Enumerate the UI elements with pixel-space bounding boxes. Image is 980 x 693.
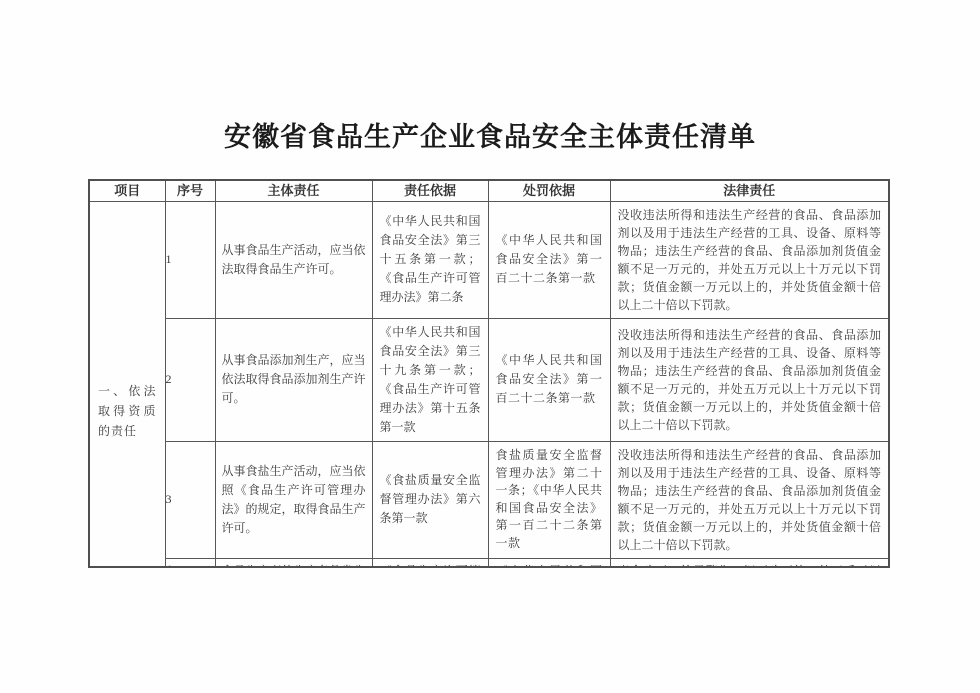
duty-basis-cell: 《中华人民共和国食品安全法》第三十九条第一款；《食品生产许可管理办法》第十五条第… (372, 318, 488, 441)
duty-cell: 食品生产者的生产条件发生变化，不再符合食品生产要 (215, 558, 372, 568)
column-header-duty-basis: 责任依据 (372, 180, 488, 201)
table-row: 2 从事食品添加剂生产，应当依法取得食品添加剂生产许可。 《中华人民共和国食品安… (89, 318, 889, 441)
responsibility-table-container: 项目 序号 主体责任 责任依据 处罚依据 法律责任 一、依法取得资质的责任 1 … (88, 179, 890, 568)
column-header-seq: 序号 (165, 180, 215, 201)
category-cell: 一、依法取得资质的责任 (89, 201, 165, 568)
seq-cell: 3 (165, 441, 215, 558)
document-title: 安徽省食品生产企业食品安全主体责任清单 (0, 115, 980, 154)
duty-basis-cell: 《食品生产许可管理办法》第三十二 (372, 558, 488, 568)
responsibility-table: 项目 序号 主体责任 责任依据 处罚依据 法律责任 一、依法取得资质的责任 1 … (88, 179, 890, 568)
table-row: 一、依法取得资质的责任 1 从事食品生产活动，应当依法取得食品生产许可。 《中华… (89, 201, 889, 318)
penalty-basis-cell: 《中华人民共和国食品安全法》第一百二十二条第一款 (488, 318, 610, 441)
legal-liability-cell: 没收违法所得和违法生产经营的食品、食品添加剂以及用于违法生产经营的工具、设备、原… (610, 441, 889, 558)
duty-cell: 从事食盐生产活动，应当依照《食品生产许可管理办法》的规定，取得食品生产许可。 (215, 441, 372, 558)
table-row: 3 从事食盐生产活动，应当依照《食品生产许可管理办法》的规定，取得食品生产许可。… (89, 441, 889, 558)
column-header-item: 项目 (89, 180, 165, 201)
penalty-basis-cell: 食盐质量安全监督管理办法》第二十一条；《中华人民共和国食品安全法》第一百二十二条… (488, 441, 610, 558)
legal-liability-cell: 没收违法所得和违法生产经营的食品、食品添加剂以及用于违法生产经营的工具、设备、原… (610, 318, 889, 441)
duty-cell: 从事食品添加剂生产，应当依法取得食品添加剂生产许可。 (215, 318, 372, 441)
penalty-basis-cell: 《中华人民共和国食品安全法》第一 (488, 558, 610, 568)
legal-liability-cell: 没收违法所得和违法生产经营的食品、食品添加剂以及用于违法生产经营的工具、设备、原… (610, 201, 889, 318)
penalty-basis-cell: 《中华人民共和国食品安全法》第一百二十二条第一款 (488, 201, 610, 318)
duty-cell: 从事食品生产活动，应当依法取得食品生产许可。 (215, 201, 372, 318)
column-header-penalty-basis: 处罚依据 (488, 180, 610, 201)
table-header-row: 项目 序号 主体责任 责任依据 处罚依据 法律责任 (89, 180, 889, 201)
seq-cell: 1 (165, 201, 215, 318)
duty-basis-cell: 《中华人民共和国食品安全法》第三十五条第一款；《食品生产许可管理办法》第二条 (372, 201, 488, 318)
column-header-legal-liability: 法律责任 (610, 180, 889, 201)
legal-liability-cell: 责令改正，给予警告；拒不改正的，处五千元以上五万元以下罚款；情节严重的，责令停产… (610, 558, 889, 568)
seq-cell: 4 (165, 558, 215, 568)
column-header-duty: 主体责任 (215, 180, 372, 201)
seq-cell: 2 (165, 318, 215, 441)
document-page: 安徽省食品生产企业食品安全主体责任清单 项目 序号 主体责任 责任依据 处罚依据… (0, 0, 980, 693)
table-row: 4 食品生产者的生产条件发生变化，不再符合食品生产要 《食品生产许可管理办法》第… (89, 558, 889, 568)
duty-basis-cell: 《食盐质量安全监督管理办法》第六条第一款 (372, 441, 488, 558)
